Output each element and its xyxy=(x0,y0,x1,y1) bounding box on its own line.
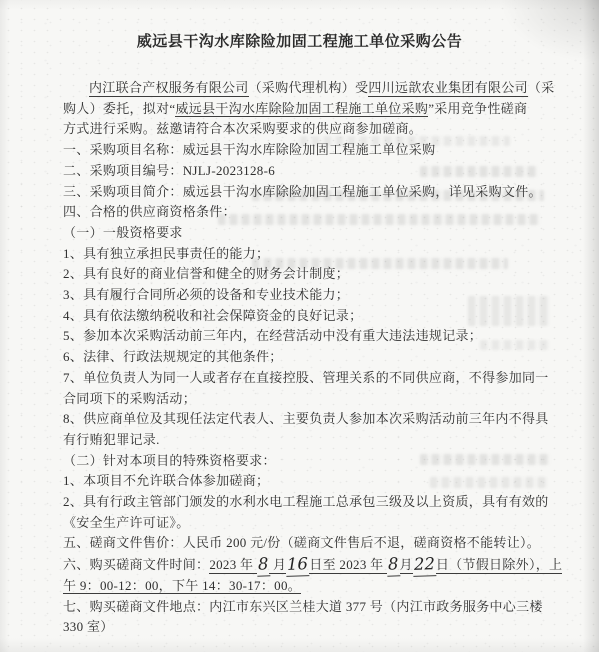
text-segment: 三、采购项目简介：威远县干沟水库除险加固工程施工单位采购，详见采购文件。 xyxy=(63,184,542,199)
text-segment: 5、参加本次采购活动前三年内，在经营活动中没有重大违法违规记录； xyxy=(63,328,482,343)
handwritten-date: 22 xyxy=(412,554,436,576)
document-title: 威远县干沟水库除险加固工程施工单位采购公告 xyxy=(40,30,559,51)
text-segment: 有行贿犯罪记录. xyxy=(63,432,160,447)
underlined-text-segment: 午 9：00-12：00，下午 14：30-17：00。 xyxy=(63,578,301,595)
text-segment: 330 室） xyxy=(63,619,114,634)
underlined-text-segment: 内江联合产权服务有限公司 xyxy=(89,80,249,97)
text-segment: 3、具有履行合同所必须的设备和专业技术能力； xyxy=(63,287,349,302)
text-segment: （二）针对本项目的特殊资格要求： xyxy=(63,453,276,468)
text-segment: 《安全生产许可证》。 xyxy=(63,515,190,530)
text-segment: 一、采购项目名称：威远县干沟水库除险加固工程施工单位采购 xyxy=(63,142,435,157)
text-line: 购人）委托，拟对“威远县干沟水库除险加固工程施工单位采购”采用竞争性磋商 xyxy=(63,99,549,120)
text-line: 330 室） xyxy=(63,617,549,638)
underlined-text-segment: 月 xyxy=(269,557,286,574)
text-segment: 合同项下的采购活动； xyxy=(63,391,196,406)
underlined-text-segment: 日至 2023 年 xyxy=(309,557,387,574)
text-line: 3、具有履行合同所必须的设备和专业技术能力； xyxy=(63,285,549,306)
underlined-text-segment: 四川远歆农业集团有限公司 xyxy=(368,80,528,97)
text-line: 1、本项目不允许联合体参加磋商； xyxy=(63,471,549,492)
text-line: 5、参加本次采购活动前三年内，在经营活动中没有重大违法违规记录； xyxy=(63,326,549,347)
underlined-text-segment: 2023 年 xyxy=(209,557,257,574)
text-segment: 七、购买磋商文件地点：内江市东兴区兰桂大道 377 号（内江市政务服务中心三楼 xyxy=(63,599,543,614)
text-line: 2、具有行政主管部门颁发的水利水电工程施工总承包三级及以上资质，具有有效的 xyxy=(63,492,549,513)
text-line: 内江联合产权服务有限公司（采购代理机构）受四川远歆农业集团有限公司（采 xyxy=(63,78,549,99)
handwritten-date: 8 xyxy=(257,554,270,576)
text-segment: （一）一般资格要求 xyxy=(63,225,183,240)
text-segment: 7、单位负责人为同一人或者存在直接控股、管理关系的不同供应商，不得参加同一 xyxy=(63,370,549,385)
text-segment: ”采用竞争性磋商 xyxy=(428,101,527,116)
underlined-text-segment: 日（节假日除外），上 xyxy=(436,557,563,574)
text-line: 有行贿犯罪记录. xyxy=(63,430,549,451)
text-segment: 4、具有依法缴纳税收和社会保障资金的良好记录； xyxy=(63,308,362,323)
text-line: 《安全生产许可证》。 xyxy=(63,513,549,534)
text-line: 五、磋商文件售价：人民币 200 元/份（磋商文件售后不退，磋商资格不能转让）。 xyxy=(63,533,549,554)
underlined-text-segment: 威远县干沟水库除险加固工程施工单位采购 xyxy=(175,101,428,118)
text-line: （二）针对本项目的特殊资格要求： xyxy=(63,451,549,472)
document-body: 内江联合产权服务有限公司（采购代理机构）受四川远歆农业集团有限公司（采购人）委托… xyxy=(63,78,549,638)
text-segment: 五、磋商文件售价：人民币 200 元/份（磋商文件售后不退，磋商资格不能转让）。 xyxy=(63,535,540,550)
text-line: 1、具有独立承担民事责任的能力； xyxy=(63,244,549,265)
underlined-text-segment: 月 xyxy=(400,557,413,574)
text-segment: 六、购买磋商文件时间： xyxy=(63,557,209,572)
text-segment: 1、本项目不允许联合体参加磋商； xyxy=(63,473,269,488)
text-segment: 1、具有独立承担民事责任的能力； xyxy=(63,246,269,261)
text-segment: 2、具有良好的商业信誉和健全的财务会计制度； xyxy=(63,266,349,281)
text-line: 午 9：00-12：00，下午 14：30-17：00。 xyxy=(63,576,549,597)
text-segment: （采购代理机构）受 xyxy=(249,80,369,95)
text-line: 6、法律、行政法规规定的其他条件； xyxy=(63,347,549,368)
text-segment: 二、采购项目编号：NJLJ-2023128-6 xyxy=(63,163,275,178)
text-line: 8、供应商单位及其现任法定代表人、主要负责人参加本次采购活动前三年内不得具 xyxy=(63,409,549,430)
text-line: 三、采购项目简介：威远县干沟水库除险加固工程施工单位采购，详见采购文件。 xyxy=(63,182,549,203)
text-segment: 方式进行采购。兹邀请符合本次采购要求的供应商参加磋商。 xyxy=(63,121,422,136)
text-line: 四、合格的供应商资格条件： xyxy=(63,202,549,223)
text-line: 7、单位负责人为同一人或者存在直接控股、管理关系的不同供应商，不得参加同一 xyxy=(63,368,549,389)
text-line: 七、购买磋商文件地点：内江市东兴区兰桂大道 377 号（内江市政务服务中心三楼 xyxy=(63,597,549,618)
text-segment: （采 xyxy=(528,80,555,95)
text-line: 六、购买磋商文件时间：2023 年 8 月16日至 2023 年 8月22日（节… xyxy=(63,554,549,576)
text-line: 一、采购项目名称：威远县干沟水库除险加固工程施工单位采购 xyxy=(63,140,549,161)
text-segment: 8、供应商单位及其现任法定代表人、主要负责人参加本次采购活动前三年内不得具 xyxy=(63,411,549,426)
handwritten-date: 8 xyxy=(387,554,400,576)
text-segment: 四、合格的供应商资格条件： xyxy=(63,204,236,219)
handwritten-date: 16 xyxy=(286,554,310,576)
text-segment: 购人）委托，拟对“ xyxy=(63,101,175,116)
text-line: 2、具有良好的商业信誉和健全的财务会计制度； xyxy=(63,264,549,285)
text-segment: 6、法律、行政法规规定的其他条件； xyxy=(63,349,283,364)
text-segment: 2、具有行政主管部门颁发的水利水电工程施工总承包三级及以上资质，具有有效的 xyxy=(63,494,549,509)
scanned-document-page: 威远县干沟水库除险加固工程施工单位采购公告 内江联合产权服务有限公司（采购代理机… xyxy=(0,0,599,652)
text-line: （一）一般资格要求 xyxy=(63,223,549,244)
text-line: 二、采购项目编号：NJLJ-2023128-6 xyxy=(63,161,549,182)
text-line: 方式进行采购。兹邀请符合本次采购要求的供应商参加磋商。 xyxy=(63,119,549,140)
text-line: 合同项下的采购活动； xyxy=(63,389,549,410)
text-line: 4、具有依法缴纳税收和社会保障资金的良好记录； xyxy=(63,306,549,327)
